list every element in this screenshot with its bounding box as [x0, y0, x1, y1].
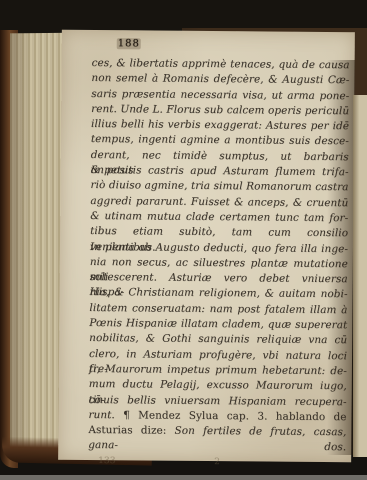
- text-segment: non semel à Romanis defecère, & Augusti …: [91, 72, 349, 86]
- text-segment: & positis castris apud Asturam flumem tr…: [91, 164, 349, 178]
- text-segment: nobilitas, & Gothi sanguinis reliquiæ vn…: [89, 332, 347, 346]
- text-segment: In plana ab Augusto deducti, quo fera il…: [90, 241, 348, 255]
- text-line: non semel à Romanis defecère, & Augusti …: [91, 71, 349, 89]
- text-segment: nia, & Christianam religionem, & auitam …: [90, 286, 348, 300]
- text-line: tibus etiam subitò, tam cum consilio ven…: [90, 224, 348, 242]
- text-block: ces, & libertatis apprimè tenaces, quà d…: [88, 56, 350, 470]
- text-segment: tempus, ingenti agmine a montibus suis d…: [91, 133, 349, 147]
- text-segment: litatem conseruatam: nam post fatalem il…: [89, 302, 347, 316]
- facing-page-sliver: [353, 95, 367, 457]
- book-page: 188 ces, & libertatis apprimè tenaces, q…: [58, 30, 355, 463]
- text-segment: ces, & libertatis apprimè tenaces, quà d…: [92, 57, 350, 71]
- photo-background-bottom: [0, 475, 367, 480]
- gutter-shadow: [327, 60, 355, 455]
- text-line: Asturias dize: Son fertiles de frutas, c…: [88, 423, 346, 441]
- page-number: 188: [117, 38, 141, 49]
- footer-marks: 133 2: [88, 454, 346, 470]
- text-segment: runt.: [88, 409, 123, 421]
- scanned-book-photo: 188 ces, & libertatis apprimè tenaces, q…: [0, 0, 367, 480]
- footer-mark-center: 2: [214, 455, 220, 470]
- text-line: nobilitas, & Gothi sanguinis reliquiæ vn…: [89, 331, 347, 349]
- text-segment: ti, Maurorum impetus primum hebetarunt: …: [89, 363, 347, 377]
- text-segment: tinuis bellis vniuersam Hispaniam recupe…: [89, 394, 347, 408]
- text-segment: ¶ Mendez Sylua cap. 3. hablando de: [123, 409, 346, 423]
- text-segment: rent. Unde L. Florus sub calcem operis p…: [91, 103, 349, 117]
- text-segment: saris præsentia necessaria visa, ut arma…: [91, 88, 349, 102]
- text-segment: illius belli his verbis exaggerat: Astur…: [91, 118, 349, 132]
- footer-mark-left: 133: [98, 454, 116, 469]
- text-segment: riò diuiso agmine, tria simul Romanorum …: [90, 179, 348, 193]
- text-segment: Asturias dize:: [88, 424, 174, 437]
- text-segment: aggredi pararunt. Fuisset & anceps, & cr…: [90, 195, 348, 209]
- text-segment: Pœnis Hispaniæ illatam cladem, quæ super…: [89, 317, 347, 331]
- text-line: riò diuiso agmine, tria simul Romanorum …: [90, 178, 348, 196]
- text-segment: & utinam mutua clade certamen tunc tam f…: [90, 210, 348, 224]
- text-line: mum ductu Pelagij, excusso Maurorum iugo…: [89, 377, 347, 395]
